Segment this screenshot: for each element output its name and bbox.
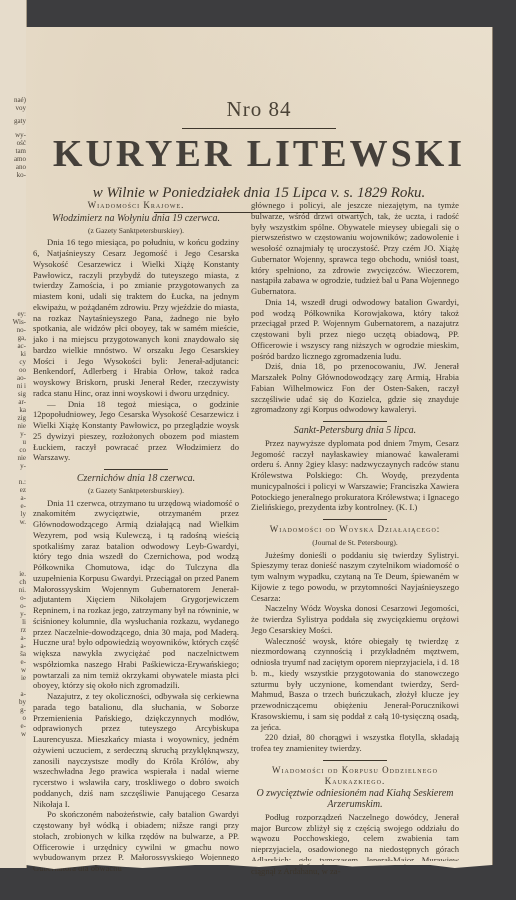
article-paragraph: Po skończoném nabożeństwie, cały batalio… [33, 809, 239, 874]
adjacent-page-text-fragment: wy- [0, 131, 26, 139]
article-paragraph: Dnia 16 tego miesiąca, po południu, w ko… [33, 237, 239, 398]
adjacent-page-text-fragment: ao- [0, 374, 26, 382]
adjacent-page-text-fragment: ly [0, 510, 26, 518]
adjacent-page-text-fragment: ac- [0, 342, 26, 350]
article-paragraph: głównego i policyi, ale jeszcze niezajęt… [251, 200, 459, 297]
adjacent-page-text-fragment: y- [0, 610, 26, 618]
adjacent-page-text-fragment: cy [0, 358, 26, 366]
adjacent-page-text-fragment: a- [0, 642, 26, 650]
adjacent-page-text-fragment: naé) [0, 96, 26, 104]
article-paragraph: Dziś, dnia 18, po przenocowaniu, JW. Jen… [251, 361, 459, 415]
article-paragraph: Dnia 14, wszedł drugi odwodowy batalion … [251, 297, 459, 362]
adjacent-page-text-fragment: no- [0, 326, 26, 334]
adjacent-page-text-fragment: rz [0, 626, 26, 634]
adjacent-page-text-fragment: li [0, 618, 26, 626]
adjacent-page-text-fragment: ni. [0, 586, 26, 594]
adjacent-page-text-fragment: w. [0, 518, 26, 526]
article-paragraph: 220 dział, 80 chorągwi i wszystka flotyl… [251, 732, 459, 754]
adjacent-page-text-fragment: o- [0, 594, 26, 602]
adjacent-page-text-fragment: ga, [0, 334, 26, 342]
masthead-rule-top [182, 128, 336, 129]
article-paragraph: Nazajutrz, z tey okoliczności, odbywała … [33, 691, 239, 809]
right-column: głównego i policyi, ale jeszcze niezajęt… [251, 200, 459, 876]
adjacent-page-text-fragment: ch [0, 578, 26, 586]
adjacent-page-text-fragment: e- [0, 502, 26, 510]
newspaper-title: KURYER LITEWSKI [26, 133, 492, 175]
adjacent-page-text-fragment: nie [0, 454, 26, 462]
adjacent-page-text-fragment: oo [0, 366, 26, 374]
article-paragraph: Naczelny Wódz Woyska donosi Cesarzowi Je… [251, 603, 459, 635]
adjacent-page-text-fragment: w [0, 666, 26, 674]
article-separator [323, 519, 387, 520]
adjacent-page-text-fragment: e- [0, 658, 26, 666]
article-source: (Journal de St. Petersbourg). [251, 538, 459, 549]
masthead: Nro 84 KURYER LITEWSKI w Wilnie w Ponied… [26, 97, 492, 213]
article-headline: O zwycięztwie odniesioném nad Kiahą Sesk… [251, 789, 459, 811]
adjacent-page-text-fragment: g- [0, 706, 26, 714]
adjacent-page-text-fragment: ki [0, 350, 26, 358]
article-source: (z Gazety Sanktpetersburskiey). [33, 226, 239, 237]
adjacent-page-text-fragment: nie [0, 422, 26, 430]
article-paragraph: — Dnia 18 tegoż miesiąca, o godzinie 12p… [33, 399, 239, 464]
adjacent-page-text-fragment: e- [0, 722, 26, 730]
adjacent-page-text-fragment: ez [0, 486, 26, 494]
issue-number: Nro 84 [26, 97, 492, 122]
adjacent-page-text-fragment: o- [0, 602, 26, 610]
article-separator [104, 469, 168, 470]
adjacent-page-text-fragment: ni i [0, 382, 26, 390]
adjacent-page-text-fragment: gaty [0, 117, 26, 125]
article-dateline: Włodzimierz na Wołyniu dnia 19 czerwca. [33, 214, 239, 225]
article-paragraph: Przez naywyższe dyplomata pod dniem 7mym… [251, 438, 459, 513]
adjacent-page-text-fragment: ey: [0, 310, 26, 318]
adjacent-page-text-fragment: o [0, 714, 26, 722]
adjacent-page-text-fragment: sig [0, 390, 26, 398]
adjacent-page-text-fragment: ie [0, 674, 26, 682]
article-paragraph: Jużeśmy donieśli o poddaniu się twierdzy… [251, 550, 459, 604]
newspaper-page: Nro 84 KURYER LITEWSKI w Wilnie w Ponied… [26, 27, 492, 865]
article-paragraph: Podług rozporządzeń Naczelnego dowódcy, … [251, 812, 459, 877]
adjacent-page-edge: naé)voygatywy-ośćtamamoanoko-ey:Wis-no-g… [0, 0, 27, 868]
article-paragraph: Waleczność woysk, które obiegały tę twie… [251, 636, 459, 733]
adjacent-page-text-fragment: u [0, 438, 26, 446]
adjacent-page-text-fragment: tam [0, 147, 26, 155]
adjacent-page-text-fragment: zig [0, 414, 26, 422]
adjacent-page-text-fragment: ka [0, 406, 26, 414]
adjacent-page-text-fragment: a- [0, 634, 26, 642]
article-separator [323, 421, 387, 422]
adjacent-page-text-fragment: a- [0, 690, 26, 698]
left-column: Wiadomości Krajowe. Włodzimierz na Wołyn… [33, 200, 239, 874]
adjacent-page-text-fragment: y- [0, 430, 26, 438]
article-dateline: Sankt-Petersburg dnia 5 lipca. [251, 426, 459, 437]
adjacent-page-text-fragment: ar- [0, 398, 26, 406]
adjacent-page-text-fragment: co [0, 446, 26, 454]
adjacent-page-text-fragment: ko- [0, 171, 26, 179]
article-dateline: Czernichów dnia 18 czerwca. [33, 474, 239, 485]
adjacent-page-text-fragment: by [0, 698, 26, 706]
adjacent-page-text-fragment: Wis- [0, 318, 26, 326]
adjacent-page-text-fragment: y- [0, 462, 26, 470]
section-heading-army: Wiadomości od Woyska Działaiącego: [251, 524, 459, 535]
article-source: (z Gazety Sanktpetersburskiey). [33, 486, 239, 497]
section-heading-caucasus: Wiadomości od Korpusu Oddzielnego Kaukaz… [251, 765, 459, 787]
adjacent-page-text-fragment: amo [0, 155, 26, 163]
article-separator [323, 760, 387, 761]
adjacent-page-text-fragment: a- [0, 494, 26, 502]
adjacent-page-text-fragment: ano [0, 163, 26, 171]
adjacent-page-text-fragment: ie. [0, 570, 26, 578]
adjacent-page-text-fragment: w [0, 730, 26, 738]
article-paragraph: Dnia 11 czerwca, otrzymano tu urzędową w… [33, 498, 239, 692]
adjacent-page-text-fragment: ość [0, 139, 26, 147]
section-heading-domestic: Wiadomości Krajowe. [33, 200, 239, 211]
adjacent-page-text-fragment: n.: [0, 478, 26, 486]
adjacent-page-text-fragment: ša [0, 650, 26, 658]
adjacent-page-text-fragment: voy [0, 104, 26, 112]
